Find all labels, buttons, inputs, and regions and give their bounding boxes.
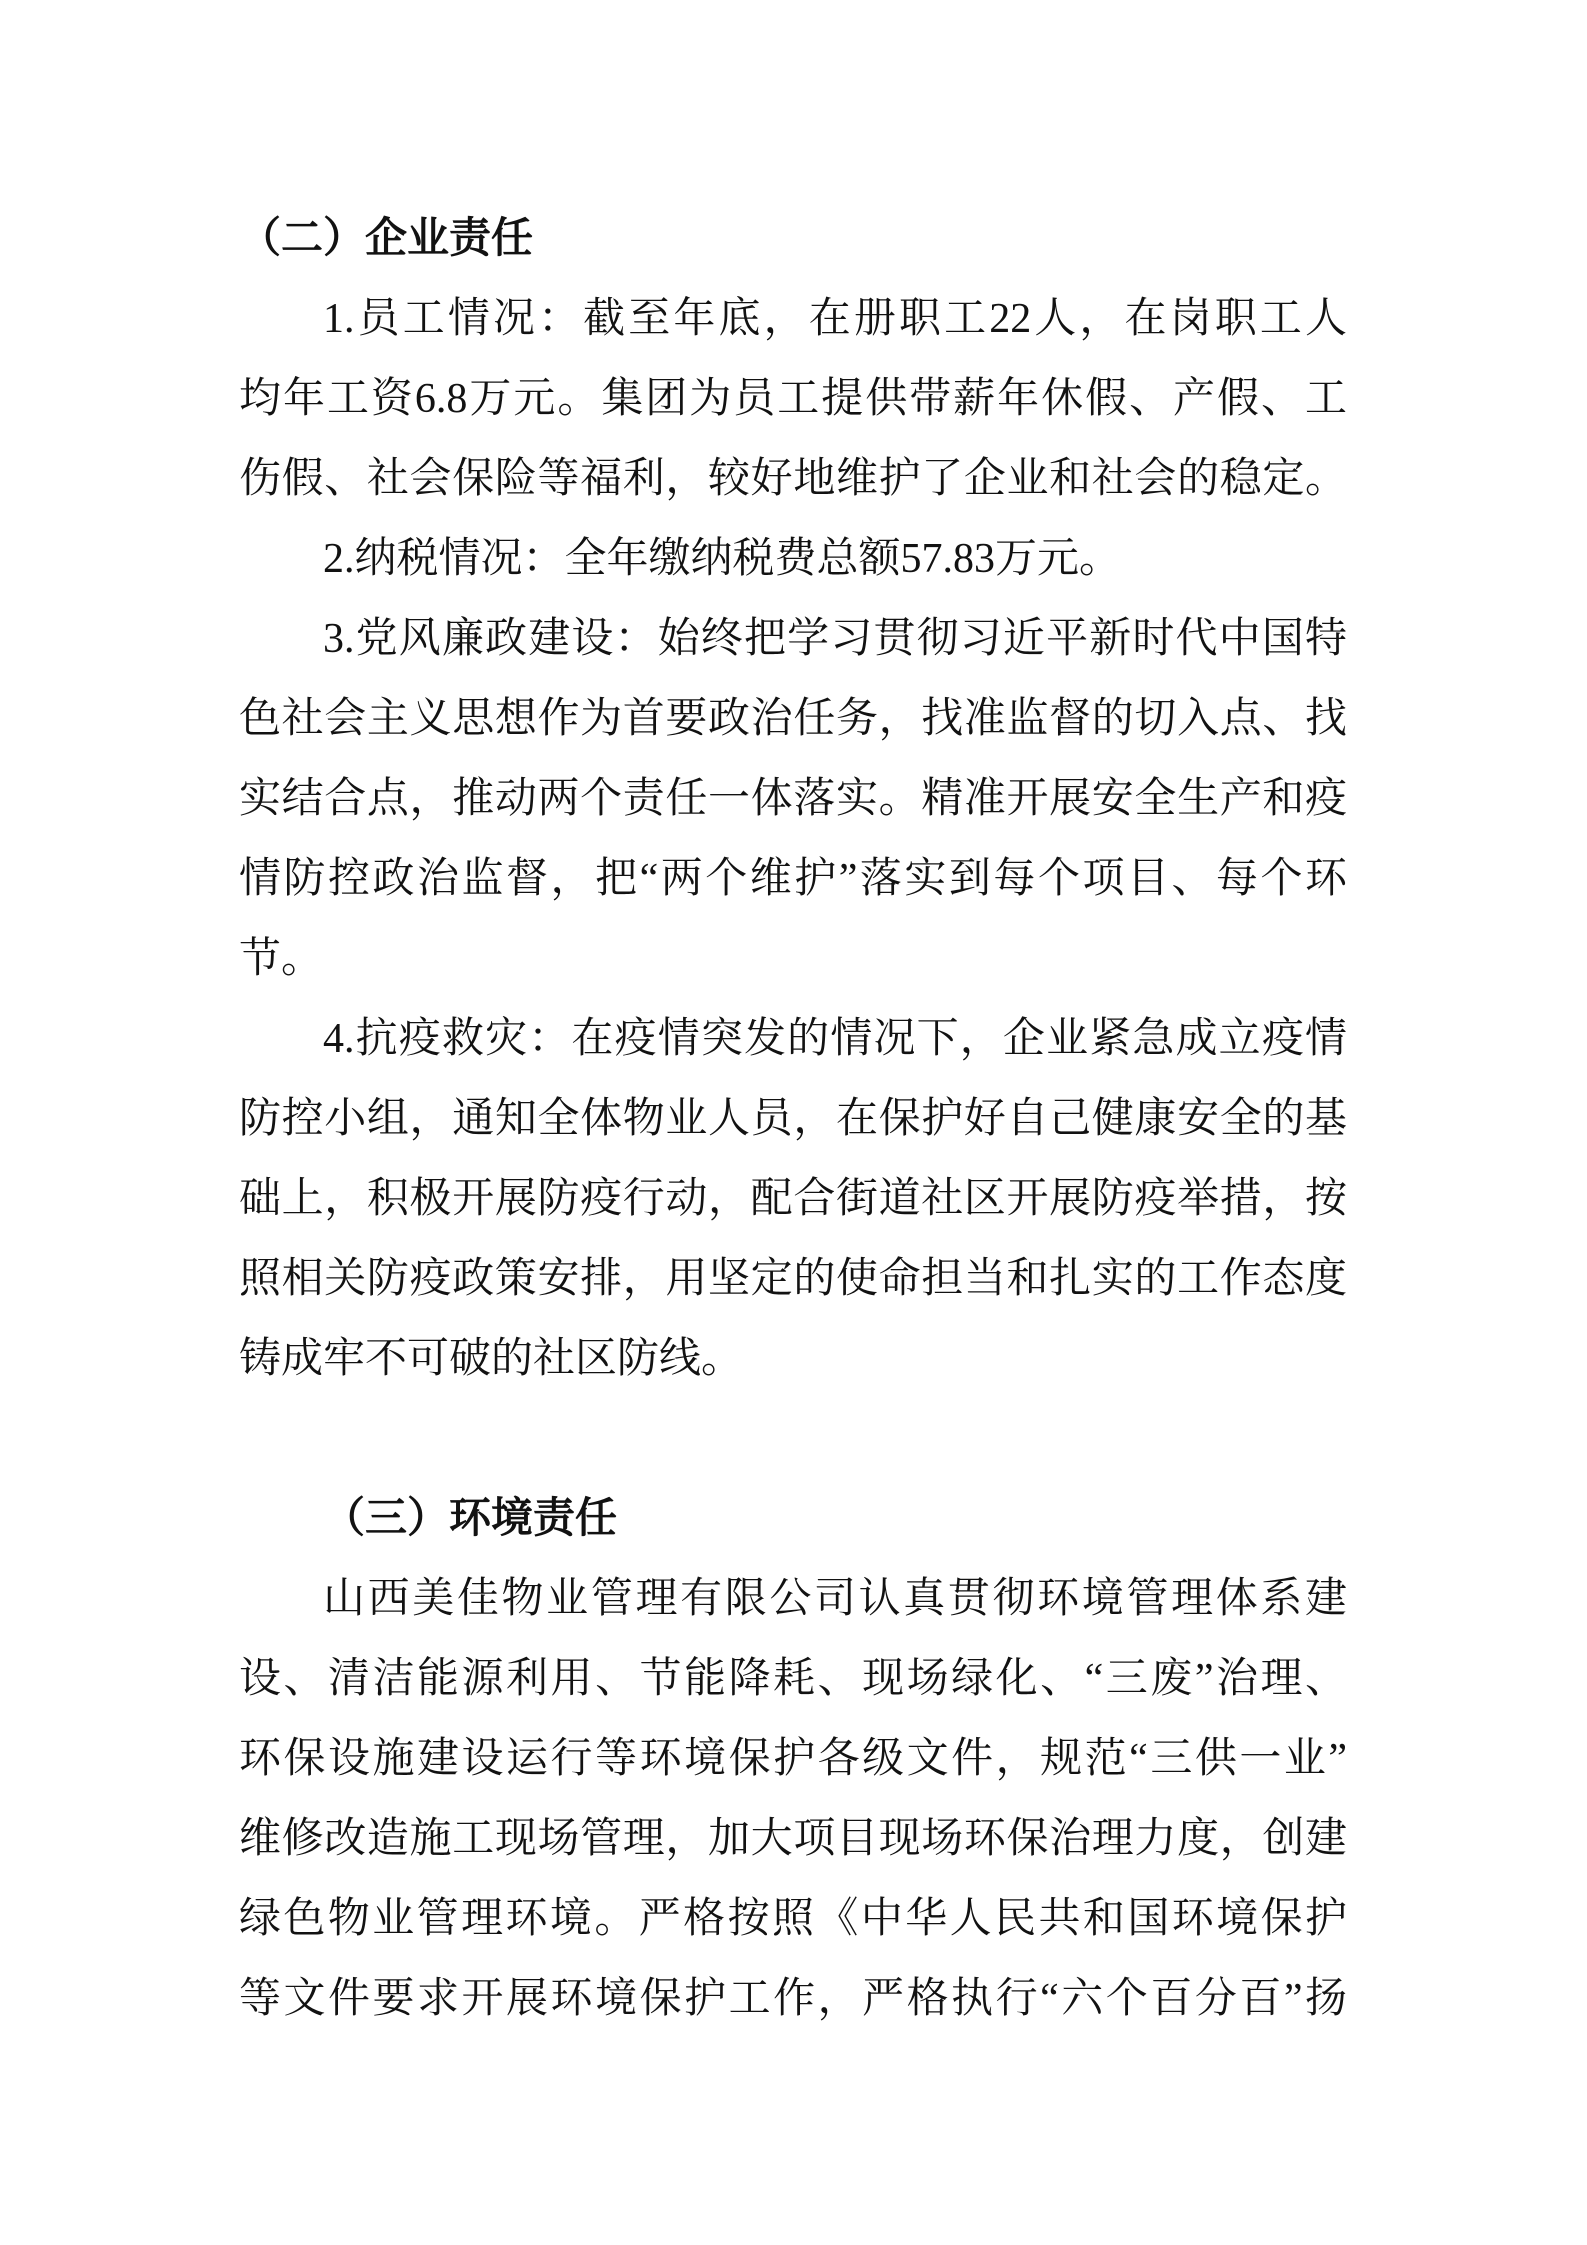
section-heading-environment: （三）环境责任 [239,1479,1347,1559]
doc-line: 维修改造施工现场管理，加大项目现场环保治理力度，创建 [239,1799,1347,1879]
doc-line: 3.党风廉政建设：始终把学习贯彻习近平新时代中国特 [239,599,1347,679]
doc-line: 实结合点，推动两个责任一体落实。精准开展安全生产和疫 [239,759,1347,839]
doc-line: 伤假、社会保险等福利，较好地维护了企业和社会的稳定。 [239,439,1347,519]
doc-line: 山西美佳物业管理有限公司认真贯彻环境管理体系建 [239,1559,1347,1639]
doc-line: 设、清洁能源利用、节能降耗、现场绿化、“三废”治理、 [239,1639,1347,1719]
doc-line: 等文件要求开展环境保护工作，严格执行“六个百分百”扬 [239,1959,1347,2039]
doc-line: 2.纳税情况：全年缴纳税费总额57.83万元。 [239,519,1347,599]
doc-line: 照相关防疫政策安排，用坚定的使命担当和扎实的工作态度 [239,1239,1347,1319]
doc-line: 环保设施建设运行等环境保护各级文件，规范“三供一业” [239,1719,1347,1799]
doc-line: 节。 [239,919,1347,999]
doc-line: 铸成牢不可破的社区防线。 [239,1319,1347,1399]
doc-line: 均年工资6.8万元。集团为员工提供带薪年休假、产假、工 [239,359,1347,439]
doc-line: 1.员工情况：截至年底，在册职工22人，在岗职工人 [239,279,1347,359]
doc-line: 4.抗疫救灾：在疫情突发的情况下，企业紧急成立疫情 [239,999,1347,1079]
document-page: （二）企业责任 1.员工情况：截至年底，在册职工22人，在岗职工人 均年工资6.… [0,0,1587,2245]
doc-line: 绿色物业管理环境。严格按照《中华人民共和国环境保护法》 [239,1879,1347,1959]
doc-line: 情防控政治监督，把“两个维护”落实到每个项目、每个环 [239,839,1347,919]
doc-line: 础上，积极开展防疫行动，配合街道社区开展防疫举措，按 [239,1159,1347,1239]
doc-line: 防控小组，通知全体物业人员，在保护好自己健康安全的基 [239,1079,1347,1159]
blank-line [239,1399,1347,1479]
doc-line: 色社会主义思想作为首要政治任务，找准监督的切入点、找 [239,679,1347,759]
section-heading-enterprise: （二）企业责任 [239,199,1347,279]
document-text-block: （二）企业责任 1.员工情况：截至年底，在册职工22人，在岗职工人 均年工资6.… [239,199,1347,2039]
